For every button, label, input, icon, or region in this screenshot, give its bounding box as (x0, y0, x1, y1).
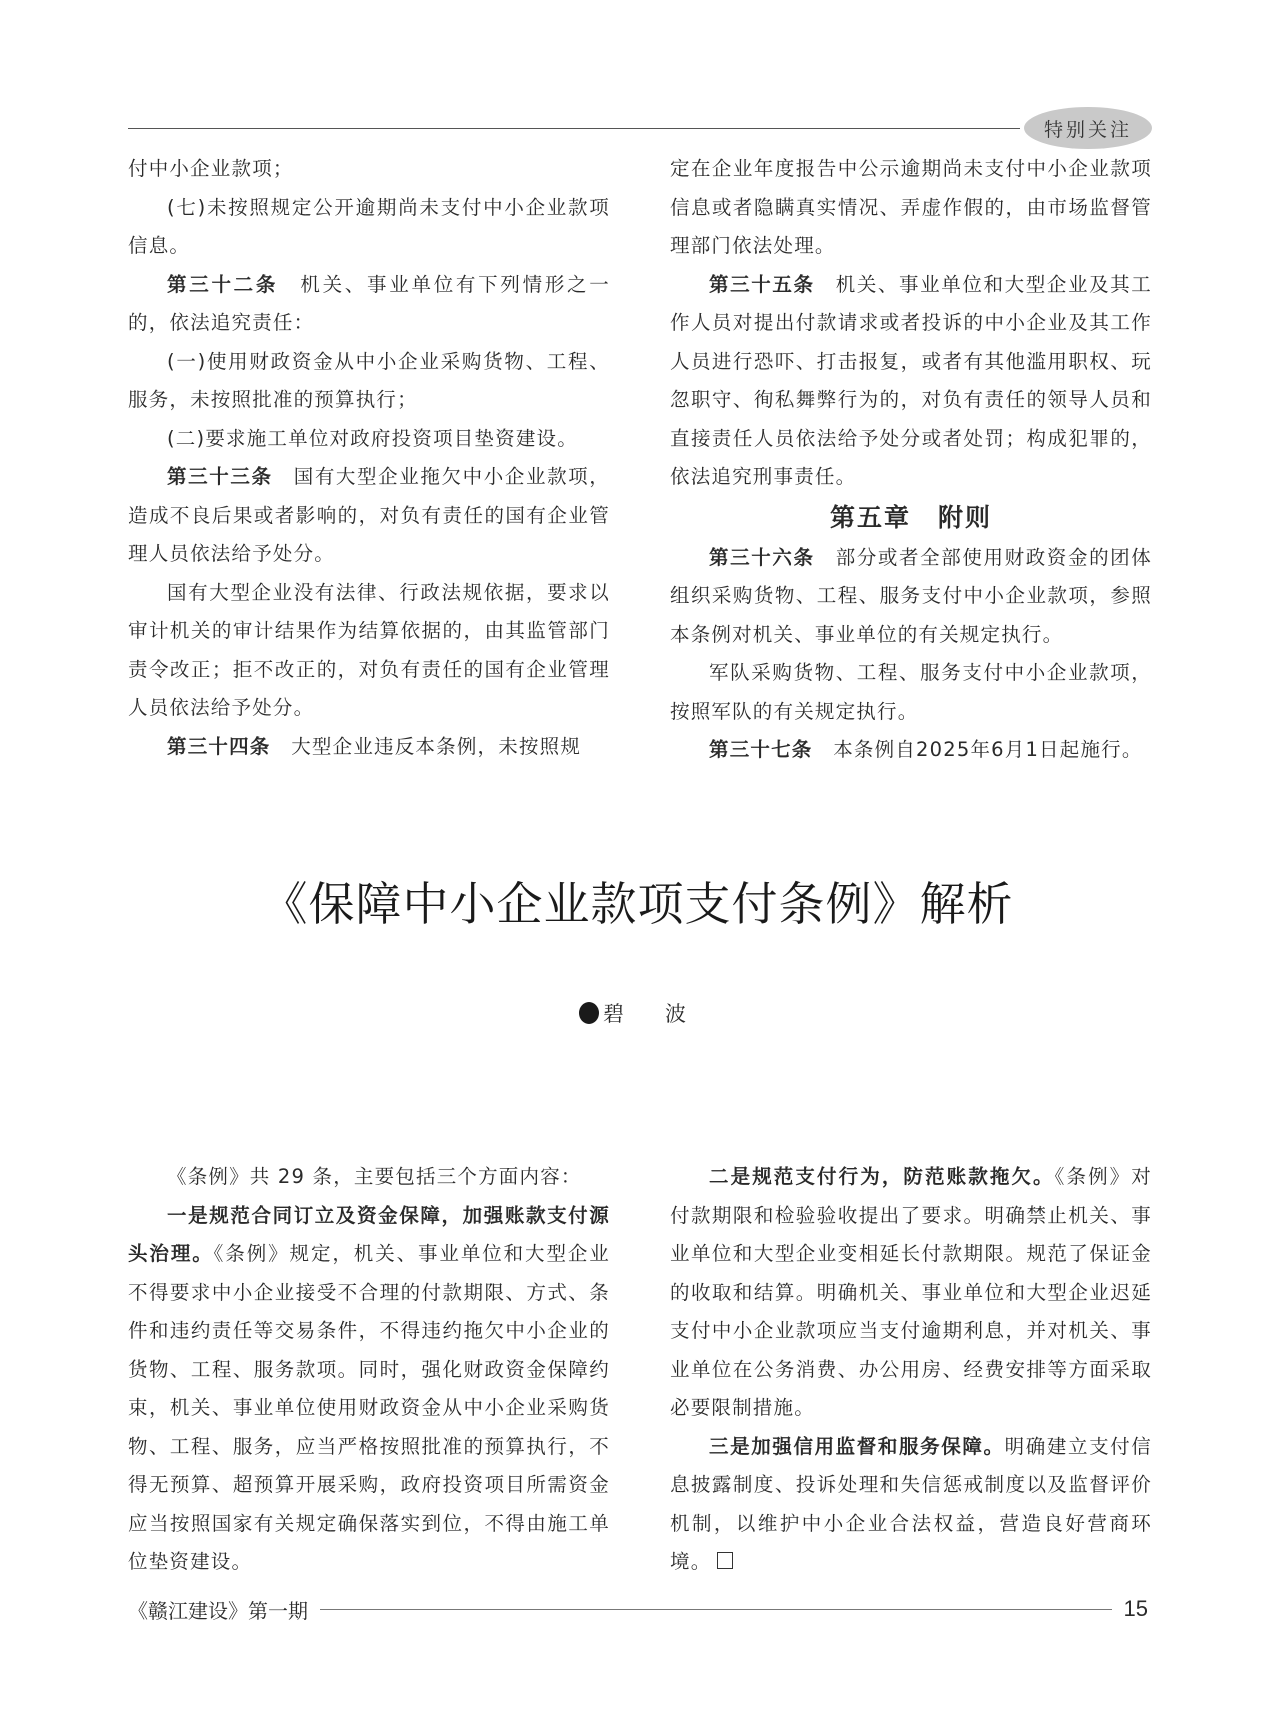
paragraph: (七)未按照规定公开逾期尚未支付中小企业款项信息。 (128, 189, 610, 266)
lead-text: 《条例》对付款期限和检验验收提出了要求。明确禁止机关、事业单位和大型企业变相延长… (670, 1165, 1152, 1419)
footer-rule (320, 1609, 1112, 1610)
top-left-column: 付中小企业款项； (七)未按照规定公开逾期尚未支付中小企业款项信息。 第三十二条… (128, 150, 610, 766)
article-text: 大型企业违反本条例，未按照规 (291, 735, 581, 758)
article-title: 《保障中小企业款项支付条例》解析 (0, 868, 1275, 934)
article-label: 第三十二条 (167, 273, 278, 296)
bottom-left-column: 《条例》共 29 条，主要包括三个方面内容： 一是规范合同订立及资金保障，加强账… (128, 1158, 610, 1582)
publication-name: 《赣江建设》第一期 (128, 1595, 308, 1624)
byline: 碧 波 (0, 998, 1275, 1028)
article-label: 第三十四条 (167, 735, 271, 758)
page-number: 15 (1124, 1596, 1148, 1622)
article-label: 第三十三条 (167, 465, 273, 488)
paragraph: 国有大型企业没有法律、行政法规依据，要求以审计机关的审计结果作为结算依据的，由其… (128, 574, 610, 728)
chapter-heading: 第五章 附则 (670, 497, 1152, 539)
lead-label: 三是加强信用监督和服务保障。 (709, 1435, 1005, 1458)
lead-text: 《条例》规定，机关、事业单位和大型企业不得要求中小企业接受不合理的付款期限、方式… (128, 1242, 610, 1573)
author: 碧 波 (603, 1002, 696, 1026)
paragraph: 军队采购货物、工程、服务支付中小企业款项，按照军队的有关规定执行。 (670, 654, 1152, 731)
footer: 《赣江建设》第一期 15 (128, 1594, 1148, 1624)
point-one: 一是规范合同订立及资金保障，加强账款支付源头治理。《条例》规定，机关、事业单位和… (128, 1197, 610, 1582)
article-37: 第三十七条 本条例自2025年6月1日起施行。 (670, 731, 1152, 770)
article-text: 本条例自2025年6月1日起施行。 (833, 738, 1142, 761)
top-right-column: 定在企业年度报告中公示逾期尚未支付中小企业款项信息或者隐瞒真实情况、弄虚作假的，… (670, 150, 1152, 770)
header-rule (128, 128, 1020, 129)
bullet-dot-icon (579, 1002, 599, 1024)
end-mark-icon (717, 1552, 733, 1569)
article-36: 第三十六条 部分或者全部使用财政资金的团体组织采购货物、工程、服务支付中小企业款… (670, 539, 1152, 655)
article-33: 第三十三条 国有大型企业拖欠中小企业款项，造成不良后果或者影响的，对负有责任的国… (128, 458, 610, 574)
paragraph: (一)使用财政资金从中小企业采购货物、工程、服务，未按照批准的预算执行； (128, 343, 610, 420)
article-label: 第三十六条 (709, 546, 815, 569)
article-32: 第三十二条 机关、事业单位有下列情形之一的，依法追究责任： (128, 266, 610, 343)
article-35: 第三十五条 机关、事业单位和大型企业及其工作人员对提出付款请求或者投诉的中小企业… (670, 266, 1152, 497)
lead-label: 二是规范支付行为，防范账款拖欠。 (709, 1165, 1055, 1188)
paragraph: 付中小企业款项； (128, 150, 610, 189)
article-34: 第三十四条 大型企业违反本条例，未按照规 (128, 728, 610, 767)
point-two: 二是规范支付行为，防范账款拖欠。《条例》对付款期限和检验验收提出了要求。明确禁止… (670, 1158, 1152, 1428)
paragraph: (二)要求施工单位对政府投资项目垫资建设。 (128, 420, 610, 459)
point-three: 三是加强信用监督和服务保障。明确建立支付信息披露制度、投诉处理和失信惩戒制度以及… (670, 1428, 1152, 1582)
paragraph: 《条例》共 29 条，主要包括三个方面内容： (128, 1158, 610, 1197)
paragraph: 定在企业年度报告中公示逾期尚未支付中小企业款项信息或者隐瞒真实情况、弄虚作假的，… (670, 150, 1152, 266)
article-label: 第三十七条 (709, 738, 813, 761)
bottom-right-column: 二是规范支付行为，防范账款拖欠。《条例》对付款期限和检验验收提出了要求。明确禁止… (670, 1158, 1152, 1582)
section-badge: 特别关注 (1024, 107, 1152, 149)
article-label: 第三十五条 (709, 273, 815, 296)
article-text: 机关、事业单位和大型企业及其工作人员对提出付款请求或者投诉的中小企业及其工作人员… (670, 273, 1152, 489)
